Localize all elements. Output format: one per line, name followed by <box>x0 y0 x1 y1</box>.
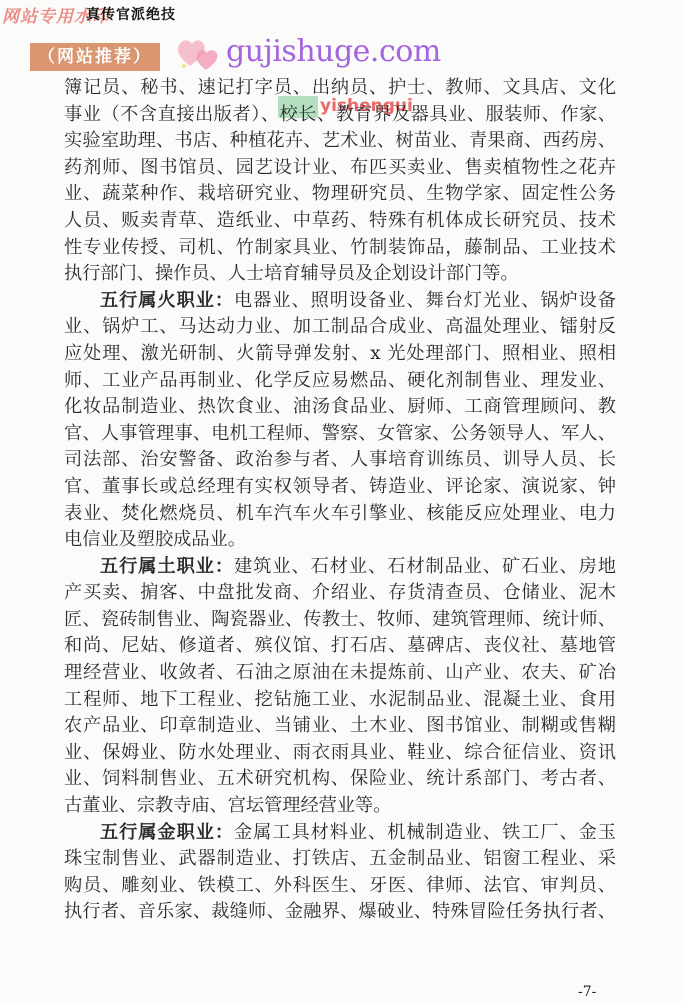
text-line: 表业、焚化燃烧员、机车汽车火车引擎业、核能反应处理业、电力 <box>64 501 616 528</box>
text-line: 药剂师、图书馆员、园艺设计业、布匹买卖业、售卖植物性之花卉 <box>64 155 616 182</box>
text-span: 电器业、照明设备业、舞台灯光业、锅炉设备 <box>234 290 616 311</box>
text-line: 业、蔬菜种作、栽培研究业、物理研究员、生物学家、固定性公务 <box>64 181 616 208</box>
site-name-link[interactable]: gujishuge.com <box>226 34 441 69</box>
text-line: 执行部门、操作员、人士培育辅导员及企划设计部门等。 <box>64 261 616 288</box>
section-label-fire: 五行属火职业： <box>100 290 234 311</box>
document-body: 簿记员、秘书、速记打字员、出纳员、护士、教师、文具店、文化 事业（不含直接出版者… <box>64 75 616 926</box>
text-line: 业、保姆业、防水处理业、雨衣雨具业、鞋业、综合征信业、资讯 <box>64 740 616 767</box>
text-line: 工程师、地下工程业、挖钻施工业、水泥制品业、混凝土业、食用 <box>64 687 616 714</box>
promo-badge[interactable]: （网站推荐） <box>30 43 160 71</box>
section-label-earth: 五行属土职业： <box>100 556 234 577</box>
paragraph-wood: 簿记员、秘书、速记打字员、出纳员、护士、教师、文具店、文化 事业（不含直接出版者… <box>64 75 616 288</box>
text-line: 师、工业产品再制业、化学反应易燃品、硬化剂制售业、理发业、 <box>64 368 616 395</box>
text-line: 五行属土职业：建筑业、石材业、石材制品业、矿石业、房地 <box>64 554 616 581</box>
text-line: 匠、瓷砖制售业、陶瓷器业、传教士、牧师、建筑管理师、统计师、 <box>64 607 616 634</box>
text-line: 簿记员、秘书、速记打字员、出纳员、护士、教师、文具店、文化 <box>64 75 616 102</box>
text-line: 人员、贩卖青草、造纸业、中草药、特殊有机体成长研究员、技术 <box>64 208 616 235</box>
text-line: 实验室助理、书店、种植花卉、艺术业、树苗业、青果商、西药房、 <box>64 128 616 155</box>
text-line: 五行属火职业：电器业、照明设备业、舞台灯光业、锅炉设备 <box>64 288 616 315</box>
text-line: 执行者、音乐家、裁缝师、金融界、爆破业、特殊冒险任务执行者、 <box>64 899 616 926</box>
text-line: 官、人事管理事、电机工程师、警察、女管家、公务领导人、军人、 <box>64 421 616 448</box>
text-line: 电信业及塑胶成品业。 <box>64 527 616 554</box>
text-line: 业、饲料制售业、五术研究机构、保险业、统计系部门、考古者、 <box>64 766 616 793</box>
text-line: 购员、雕刻业、铁模工、外科医生、牙医、律师、法官、审判员、 <box>64 873 616 900</box>
text-line: 化妆品制造业、热饮食业、油汤食品业、厨师、工商管理顾问、教 <box>64 394 616 421</box>
running-head: 真传官派绝技 <box>86 4 176 24</box>
text-line: 五行属金职业：金属工具材料业、机械制造业、铁工厂、金玉 <box>64 820 616 847</box>
hearts-icon <box>176 36 224 72</box>
text-line: 业、锅炉工、马达动力业、加工制品合成业、高温处理业、镭射反 <box>64 314 616 341</box>
text-span: 金属工具材料业、机械制造业、铁工厂、金玉 <box>234 822 616 843</box>
text-line: 和尚、尼姑、修道者、殡仪馆、打石店、墓碑店、丧仪社、墓地管 <box>64 633 616 660</box>
text-line: 理经营业、收敛者、石油之原油在未提炼前、山产业、农夫、矿冶 <box>64 660 616 687</box>
text-line: 事业（不含直接出版者）、校长、教育界及器具业、服装师、作家、 <box>64 102 616 129</box>
text-line: 古董业、宗教寺庙、宫坛管理经营业等。 <box>64 793 616 820</box>
text-line: 珠宝制售业、武器制造业、打铁店、五金制品业、铝窗工程业、采 <box>64 846 616 873</box>
paragraph-metal: 五行属金职业：金属工具材料业、机械制造业、铁工厂、金玉 珠宝制售业、武器制造业、… <box>64 820 616 926</box>
text-line: 性专业传授、司机、竹制家具业、竹制装饰品，藤制品、工业技术 <box>64 235 616 262</box>
section-label-metal: 五行属金职业： <box>100 822 234 843</box>
page-number: -7- <box>578 984 596 1000</box>
text-span: 建筑业、石材业、石材制品业、矿石业、房地 <box>234 556 616 577</box>
paragraph-fire: 五行属火职业：电器业、照明设备业、舞台灯光业、锅炉设备 业、锅炉工、马达动力业、… <box>64 288 616 554</box>
text-line: 司法部、治安警备、政治参与者、人事培育训练员、训导人员、长 <box>64 447 616 474</box>
text-line: 产买卖、掮客、中盘批发商、介绍业、存货清查员、仓储业、泥木 <box>64 580 616 607</box>
paragraph-earth: 五行属土职业：建筑业、石材业、石材制品业、矿石业、房地 产买卖、掮客、中盘批发商… <box>64 554 616 820</box>
text-line: 农产品业、印章制造业、当铺业、土木业、图书馆业、制糊或售糊 <box>64 713 616 740</box>
text-line: 官、董事长或总经理有实权领导者、铸造业、评论家、演说家、钟 <box>64 474 616 501</box>
text-line: 应处理、激光研制、火箭导弹发射、x 光处理部门、照相业、照相 <box>64 341 616 368</box>
